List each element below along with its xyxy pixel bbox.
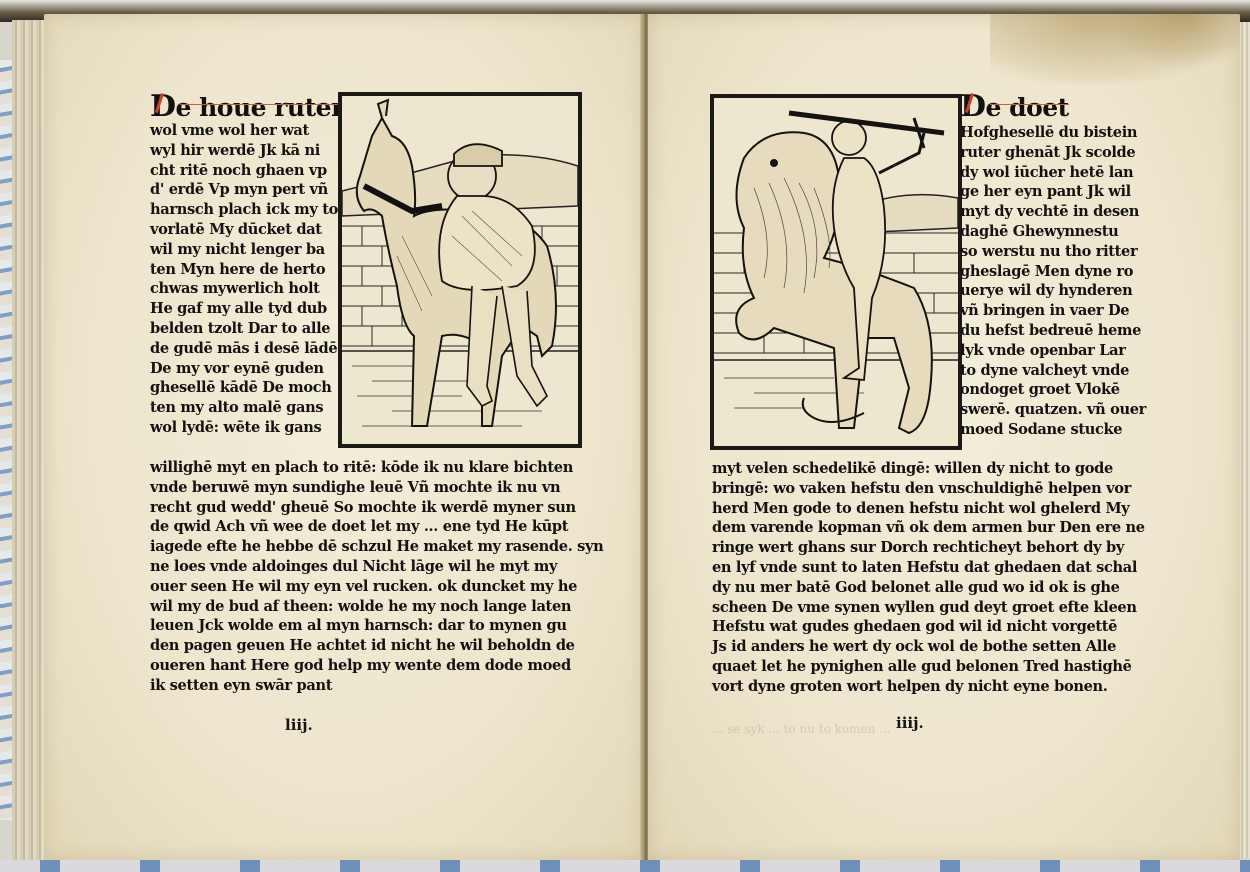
text-line: ruter ghenāt Jk scolde	[960, 143, 1146, 163]
left-page-text-narrow: wol vme wol her wat wyl hir werdē Jk kā …	[150, 121, 338, 438]
woodcut-illustration-icon	[342, 96, 578, 444]
text-line: ringe wert ghans sur Dorch rechticheyt b…	[712, 538, 1145, 558]
woodcut-illustration-icon	[714, 98, 958, 446]
text-line: en lyf vnde sunt to laten Hefstu dat ghe…	[712, 558, 1145, 578]
text-line: wol vme wol her wat	[150, 121, 338, 141]
text-line: wil my de bud af theen: wolde he my noch…	[150, 597, 603, 617]
text-line: vnde beruwē myn sundighe leuē Vñ mochte …	[150, 478, 603, 498]
text-line: myt velen schedelikē dingē: willen dy ni…	[712, 459, 1145, 479]
text-line: quaet let he pynighen alle gud belonen T…	[712, 657, 1145, 677]
marbled-cover-bottom	[0, 860, 1250, 872]
text-line: scheen De vme synen wyllen gud deyt groe…	[712, 598, 1145, 618]
rubric-stroke	[180, 104, 350, 105]
text-line: daghē Ghewynnestu	[960, 222, 1146, 242]
text-line: herd Men gode to denen hefstu nicht wol …	[712, 499, 1145, 519]
horse-and-squire-woodcut	[338, 92, 582, 448]
text-line: den pagen geuen He achtet id nicht he wi…	[150, 636, 603, 656]
text-line: wil my nicht lenger ba	[150, 240, 338, 260]
heading-initial: D	[960, 89, 986, 124]
text-line: ge her eyn pant Jk wil	[960, 182, 1146, 202]
left-page-folio: liij.	[285, 716, 313, 734]
text-line: to dyne valcheyt vnde	[960, 361, 1146, 381]
text-line: wol lydē: wēte ik gans	[150, 418, 338, 438]
text-line: De my vor eynē guden	[150, 359, 338, 379]
text-line: lyk vnde openbar Lar	[960, 341, 1146, 361]
text-line: de gudē mās i desē lādē	[150, 339, 338, 359]
text-line: du hefst bedreuē heme	[960, 321, 1146, 341]
text-line: ouer seen He wil my eyn vel rucken. ok d…	[150, 577, 603, 597]
text-line: He gaf my alle tyd dub	[150, 299, 338, 319]
text-line: dy nu mer batē God belonet alle gud wo i…	[712, 578, 1145, 598]
left-page-heading: De houe ruter.	[150, 92, 350, 122]
text-line: cht ritē noch ghaen vp	[150, 161, 338, 181]
water-stain	[1100, 14, 1240, 69]
text-line: d' erdē Vp myn pert vñ	[150, 180, 338, 200]
text-line: chwas mywerlich holt	[150, 279, 338, 299]
death-riding-lion-woodcut	[710, 94, 962, 450]
left-page-text-wide: willighē myt en plach to ritē: kōde ik n…	[150, 458, 603, 696]
text-line: Js id anders he wert dy ock wol de bothe…	[712, 637, 1145, 657]
page-edges-left	[12, 20, 47, 862]
text-line: myt dy vechtē in desen	[960, 202, 1146, 222]
text-line: so werstu nu tho ritter	[960, 242, 1146, 262]
text-line: swerē. quatzen. vñ ouer	[960, 400, 1146, 420]
heading-initial: D	[150, 89, 176, 124]
text-line: Hefstu wat gudes ghedaen god wil id nich…	[712, 617, 1145, 637]
bleed-through-text: ... se syk ... to nu to komen ...	[712, 722, 891, 736]
heading-text: e doet	[986, 93, 1069, 122]
text-line: iagede efte he hebbe dē schzul He maket …	[150, 537, 603, 557]
text-line: dem varende kopman vñ ok dem armen bur D…	[712, 518, 1145, 538]
text-line: Hofghesellē du bistein	[960, 123, 1146, 143]
right-page-text-narrow: Hofghesellē du bistein ruter ghenāt Jk s…	[960, 123, 1146, 440]
text-line: bringē: wo vaken hefstu den vnschuldighē…	[712, 479, 1145, 499]
text-line: vñ bringen in vaer De	[960, 301, 1146, 321]
text-line: oueren hant Here god help my wente dem d…	[150, 656, 603, 676]
text-line: belden tzolt Dar to alle	[150, 319, 338, 339]
right-page-heading: De doet	[960, 92, 1069, 122]
text-line: leuen Jck wolde em al myn harnsch: dar t…	[150, 616, 603, 636]
right-page-text-wide: myt velen schedelikē dingē: willen dy ni…	[712, 459, 1145, 697]
text-line: uerye wil dy hynderen	[960, 281, 1146, 301]
text-line: de qwid Ach vñ wee de doet let my ... en…	[150, 517, 603, 537]
text-line: recht gud wedd' gheuē So mochte ik werdē…	[150, 498, 603, 518]
text-line: ik setten eyn swār pant	[150, 676, 603, 696]
text-line: ondoget groet Vlokē	[960, 380, 1146, 400]
text-line: ten my alto malē gans	[150, 398, 338, 418]
text-line: willighē myt en plach to ritē: kōde ik n…	[150, 458, 603, 478]
text-line: ne loes vnde aldoinges dul Nicht lāge wi…	[150, 557, 603, 577]
text-line: wyl hir werdē Jk kā ni	[150, 141, 338, 161]
text-line: vorlatē My dūcket dat	[150, 220, 338, 240]
heading-text: e houe ruter.	[176, 93, 350, 122]
text-line: harnsch plach ick my to	[150, 200, 338, 220]
right-page-folio: iiij.	[896, 714, 924, 732]
text-line: ghesellē kādē De moch	[150, 378, 338, 398]
text-line: moed Sodane stucke	[960, 420, 1146, 440]
text-line: dy wol iūcher hetē lan	[960, 163, 1146, 183]
text-line: ten Myn here de herto	[150, 260, 338, 280]
rubric-stroke	[990, 104, 1069, 105]
text-line: vort dyne groten wort helpen dy nicht ey…	[712, 677, 1145, 697]
text-line: gheslagē Men dyne ro	[960, 262, 1146, 282]
